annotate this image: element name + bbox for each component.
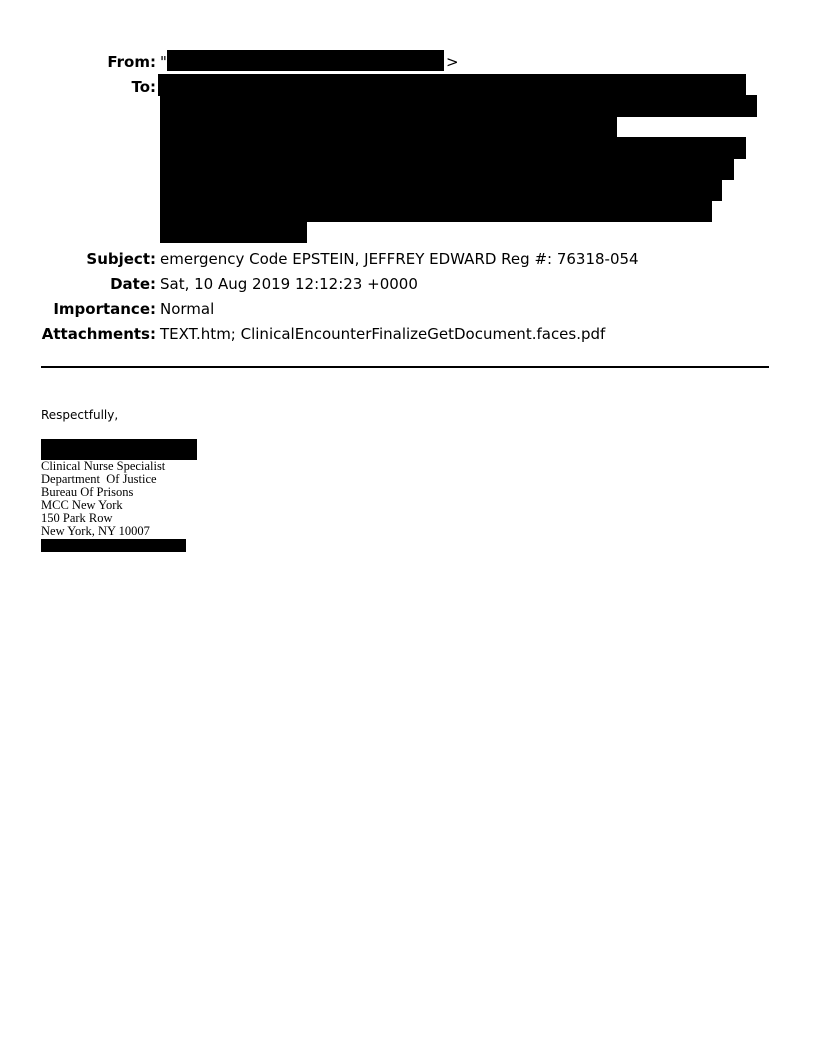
importance-value: Normal: [160, 299, 214, 319]
from-label: From:: [107, 52, 156, 72]
signature-name-redaction: [41, 439, 197, 460]
to-label: To:: [131, 77, 156, 97]
date-label: Date:: [110, 274, 156, 294]
closing-text: Respectfully,: [41, 407, 118, 423]
from-open-quote: ": [160, 52, 167, 72]
subject-label: Subject:: [86, 249, 156, 269]
attachments-value[interactable]: TEXT.htm; ClinicalEncounterFinalizeGetDo…: [160, 324, 605, 344]
importance-label: Importance:: [53, 299, 156, 319]
from-close-bracket: >: [446, 52, 459, 72]
signature-block: Clinical Nurse Specialist Department Of …: [41, 460, 165, 538]
header-divider: [41, 366, 769, 368]
signature-contact-redaction: [41, 539, 186, 552]
date-value: Sat, 10 Aug 2019 12:12:23 +0000: [160, 274, 418, 294]
attachments-label: Attachments:: [42, 324, 156, 344]
subject-value: emergency Code EPSTEIN, JEFFREY EDWARD R…: [160, 249, 639, 269]
signature-city: New York, NY 10007: [41, 525, 165, 538]
from-redaction: [167, 50, 444, 71]
